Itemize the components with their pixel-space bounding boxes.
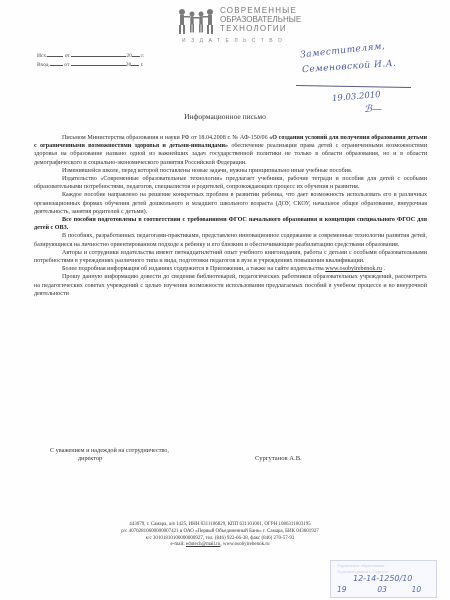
footer-requisites: 443079, г. Самара, а/я 1425, ИНН 6311106… xyxy=(60,522,380,549)
logo-line-3: ТЕХНОЛОГИИ xyxy=(220,24,301,33)
resolution-addressee-line-1: Заместителям, xyxy=(300,42,386,61)
resolution-divider xyxy=(296,85,411,88)
email-label: e-mail: xyxy=(171,542,186,547)
logo-wordmark: СОВРЕМЕННЫЕ ОБРАЗОВАТЕЛЬНЫЕ ТЕХНОЛОГИИ xyxy=(220,6,301,33)
paragraph-8-end: . xyxy=(382,266,385,272)
paragraph-8: Более подробная информация об изданиях с… xyxy=(34,265,427,273)
outgoing-number-row: Исх. от 20 г. xyxy=(37,51,144,60)
stamp-year: 10 xyxy=(412,585,422,594)
stamp-month: 03 xyxy=(377,585,387,594)
paragraph-9: Прошу данную информацию довести до сведе… xyxy=(34,273,427,298)
year-suffix: г. xyxy=(141,62,144,68)
stamp-registration-number: 12-14-1250/10 xyxy=(353,574,412,583)
letter-page: СОВРЕМЕННЫЕ ОБРАЗОВАТЕЛЬНЫЕ ТЕХНОЛОГИИ И… xyxy=(0,0,450,600)
paragraph-6: В пособиях, разработанных педагогами-пра… xyxy=(34,232,427,248)
paragraph-1: Письмом Министерства образования и науки… xyxy=(34,134,427,167)
footer-line-2: р/с 40702810600000007421 в ОАО «Первый О… xyxy=(60,529,380,536)
incoming-label: Вход. xyxy=(37,62,50,68)
closing-block: С уважением и надеждой на сотрудничество… xyxy=(50,447,169,463)
logo-subtitle: ИЗДАТЕЛЬСТВО xyxy=(182,38,287,44)
paragraph-4: Каждое пособие направлено на решение кон… xyxy=(34,191,427,216)
footer-line-4: e-mail: edutech@mail.ru, www.osobyireben… xyxy=(60,542,380,549)
outgoing-label: Исх. xyxy=(37,53,47,59)
incoming-date-blank xyxy=(71,60,126,66)
registration-fields: Исх. от 20 г. Вход. от 20 г. xyxy=(37,51,144,69)
website-link[interactable]: www.osobyirebenok.ru xyxy=(325,266,382,272)
resolution-date: 19.03.2010 xyxy=(332,90,381,104)
closing-regards: С уважением и надеждой на сотрудничество… xyxy=(50,447,169,455)
footer-website: www.osobyirebenok.ru xyxy=(223,542,270,547)
outgoing-date-blank xyxy=(71,51,126,57)
paragraph-1-intro: Письмом Министерства образования и науки… xyxy=(62,135,269,141)
stamp-day: 19 xyxy=(337,585,347,594)
letter-title: Информационное письмо xyxy=(0,112,450,121)
logo-line-2: ОБРАЗОВАТЕЛЬНЫЕ xyxy=(220,15,301,24)
signer-name: Сургутанов А.В. xyxy=(255,455,302,462)
from-label: от xyxy=(65,53,70,59)
paragraph-3: Издательство «Современные образовательны… xyxy=(34,175,427,191)
paragraph-8-text: Более подробная информация об изданиях с… xyxy=(62,266,325,272)
from-label: от xyxy=(64,62,69,68)
logo-line-1: СОВРЕМЕННЫЕ xyxy=(220,6,301,15)
outgoing-number-blank xyxy=(47,51,63,57)
email-link[interactable]: edutech@mail.ru xyxy=(186,542,220,547)
resolution-addressee-line-2: Семеновской И.А. xyxy=(302,59,397,76)
incoming-number-blank xyxy=(50,60,63,66)
paragraph-5-bold: Все пособия подготовлены в соответствии … xyxy=(34,216,427,232)
year-suffix: г. xyxy=(141,53,144,59)
people-figures-icon xyxy=(176,6,216,36)
incoming-number-row: Вход. от 20 г. xyxy=(37,60,144,69)
paragraph-7: Авторы и сотрудники издательства имеют п… xyxy=(34,249,427,265)
outgoing-year-blank xyxy=(132,51,140,57)
publisher-logo: СОВРЕМЕННЫЕ ОБРАЗОВАТЕЛЬНЫЕ ТЕХНОЛОГИИ И… xyxy=(176,4,306,50)
incoming-year-blank xyxy=(131,60,139,66)
footer-line-3: к/с 30101810100000000927, тел. (846) 922… xyxy=(60,536,380,543)
letter-body: Письмом Министерства образования и науки… xyxy=(34,134,427,298)
signer-position: директор xyxy=(50,455,169,463)
footer-line-1: 443079, г. Самара, а/я 1425, ИНН 6311106… xyxy=(60,522,380,529)
stamp-date: 19 03 10 xyxy=(337,585,421,594)
incoming-registration-stamp: Управление образования Администрации г. … xyxy=(330,560,437,598)
paragraph-2: Изменившейся школе, перед которой постав… xyxy=(34,167,427,175)
